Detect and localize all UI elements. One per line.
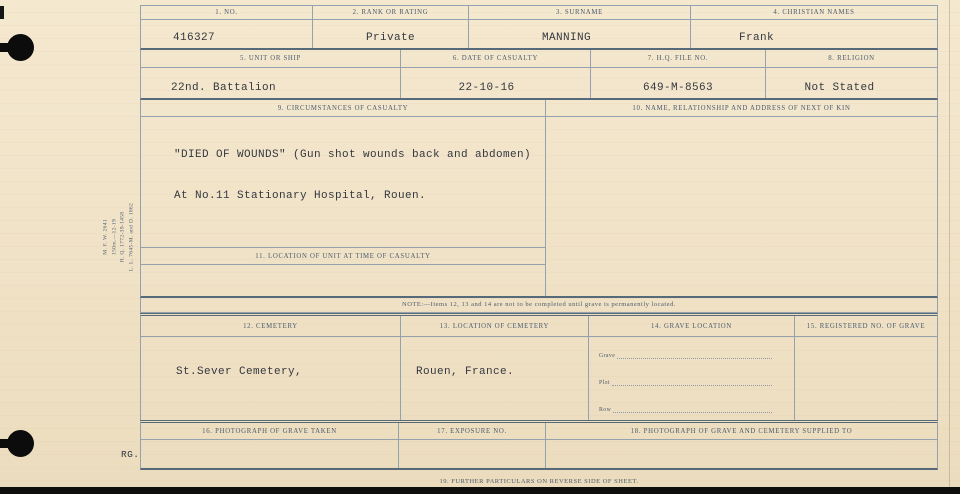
form-reference-stamp: M. F. W. 2641 150m.—12-19 H. Q. 1772-39-… xyxy=(102,185,138,290)
section-circumstances-content: "DIED OF WOUNDS" (Gun shot wounds back a… xyxy=(141,117,545,248)
field-date-of-casualty: 6. DATE OF CASUALTY 22-10-16 xyxy=(401,50,591,98)
section-cemetery-location-value: Rouen, France. xyxy=(416,366,514,378)
section-registered-no: 15. REGISTERED NO. OF GRAVE xyxy=(795,316,937,420)
field-surname: 3. SURNAME MANNING xyxy=(469,6,691,48)
row-field-blank-line xyxy=(613,402,772,413)
section-grave-location: 14. GRAVE LOCATION Grave Plot Row xyxy=(589,316,795,420)
circumstances-line: "DIED OF WOUNDS" (Gun shot wounds back a… xyxy=(174,149,541,163)
section-photo-supplied-label: 18. PHOTOGRAPH OF GRAVE AND CEMETERY SUP… xyxy=(546,423,937,440)
section-unit-location-label: 11. LOCATION OF UNIT AT TIME OF CASUALTY xyxy=(141,248,545,265)
grave-field-blank-line xyxy=(617,348,772,359)
section-grave-location-label: 14. GRAVE LOCATION xyxy=(589,316,794,337)
binder-stem-top xyxy=(0,43,13,52)
section-photo-supplied: 18. PHOTOGRAPH OF GRAVE AND CEMETERY SUP… xyxy=(546,423,937,468)
field-hq-file-no-value: 649-M-8563 xyxy=(591,82,765,94)
field-rank-label: 2. RANK OR RATING xyxy=(313,6,468,20)
field-hq-file-no-label: 7. H.Q. FILE NO. xyxy=(591,50,765,68)
field-surname-value: MANNING xyxy=(469,32,690,44)
field-rank-value: Private xyxy=(313,32,468,44)
stamp-line: H. Q. 1772-39-1458 xyxy=(119,185,128,290)
stamp-line: 150m.—12-19 xyxy=(110,185,119,290)
field-hq-file-no: 7. H.Q. FILE NO. 649-M-8563 xyxy=(591,50,766,98)
section-circumstances: 9. CIRCUMSTANCES OF CASUALTY "DIED OF WO… xyxy=(141,100,546,296)
grave-field-label: Grave xyxy=(599,353,617,359)
photo-row: 16. PHOTOGRAPH OF GRAVE TAKEN 17. EXPOSU… xyxy=(140,420,938,470)
identity-row: 1. NO. 416327 2. RANK OR RATING Private … xyxy=(140,5,938,50)
field-christian-names-value: Frank xyxy=(691,32,937,44)
section-next-of-kin: 10. NAME, RELATIONSHIP AND ADDRESS OF NE… xyxy=(546,100,937,296)
casualty-detail-block: 9. CIRCUMSTANCES OF CASUALTY "DIED OF WO… xyxy=(140,100,938,298)
section-cemetery-location: 13. LOCATION OF CEMETERY Rouen, France. xyxy=(401,316,589,420)
section-cemetery: 12. CEMETERY St.Sever Cemetery, xyxy=(141,316,401,420)
scan-bottom-edge xyxy=(0,487,960,494)
section-cemetery-value: St.Sever Cemetery, xyxy=(176,366,302,378)
note-strip: NOTE:—Items 12, 13 and 14 are not to be … xyxy=(140,298,938,313)
section-next-of-kin-label: 10. NAME, RELATIONSHIP AND ADDRESS OF NE… xyxy=(546,100,937,117)
field-number-value: 416327 xyxy=(141,32,312,44)
casualty-record-card: M. F. W. 2641 150m.—12-19 H. Q. 1772-39-… xyxy=(0,0,960,494)
field-rank: 2. RANK OR RATING Private xyxy=(313,6,469,48)
section-cemetery-label: 12. CEMETERY xyxy=(141,316,400,337)
grave-field-row: Grave xyxy=(599,349,772,359)
field-religion: 8. RELIGION Not Stated xyxy=(766,50,937,98)
field-religion-value: Not Stated xyxy=(766,82,937,94)
section-photo-taken: 16. PHOTOGRAPH OF GRAVE TAKEN xyxy=(141,423,399,468)
section-exposure-no-label: 17. EXPOSURE NO. xyxy=(399,423,545,440)
field-christian-names-label: 4. CHRISTIAN NAMES xyxy=(691,6,937,20)
note-text: NOTE:—Items 12, 13 and 14 are not to be … xyxy=(141,298,937,312)
circumstances-line: At No.11 Stationary Hospital, Rouen. xyxy=(174,190,541,204)
unit-row: 5. UNIT OR SHIP 22nd. Battalion 6. DATE … xyxy=(140,50,938,100)
section-cemetery-location-label: 13. LOCATION OF CEMETERY xyxy=(401,316,588,337)
field-number-label: 1. NO. xyxy=(141,6,312,20)
paper-right-edge xyxy=(949,0,950,494)
margin-annotation: RG. xyxy=(121,449,139,460)
field-number: 1. NO. 416327 xyxy=(141,6,313,48)
plot-field-row: Plot xyxy=(599,376,772,386)
field-date-of-casualty-value: 22-10-16 xyxy=(401,82,590,94)
binder-stem-bottom xyxy=(0,439,13,448)
row-field-label: Row xyxy=(599,407,613,413)
field-unit-label: 5. UNIT OR SHIP xyxy=(141,50,400,68)
section-registered-no-label: 15. REGISTERED NO. OF GRAVE xyxy=(795,316,937,337)
section-exposure-no: 17. EXPOSURE NO. xyxy=(399,423,546,468)
section-circumstances-label: 9. CIRCUMSTANCES OF CASUALTY xyxy=(141,100,545,117)
field-unit: 5. UNIT OR SHIP 22nd. Battalion xyxy=(141,50,401,98)
field-date-of-casualty-label: 6. DATE OF CASUALTY xyxy=(401,50,590,68)
section-photo-taken-label: 16. PHOTOGRAPH OF GRAVE TAKEN xyxy=(141,423,398,440)
field-surname-label: 3. SURNAME xyxy=(469,6,690,20)
field-christian-names: 4. CHRISTIAN NAMES Frank xyxy=(691,6,937,48)
field-unit-value: 22nd. Battalion xyxy=(141,82,400,94)
plot-field-label: Plot xyxy=(599,380,612,386)
grave-row: 12. CEMETERY St.Sever Cemetery, 13. LOCA… xyxy=(140,313,938,420)
field-religion-label: 8. RELIGION xyxy=(766,50,937,68)
scan-edge-mark xyxy=(0,6,4,19)
row-field-row: Row xyxy=(599,403,772,413)
stamp-line: L. L. 7645-M. and D. 1862 xyxy=(127,185,136,290)
stamp-line: M. F. W. 2641 xyxy=(102,185,111,290)
plot-field-blank-line xyxy=(612,375,772,386)
